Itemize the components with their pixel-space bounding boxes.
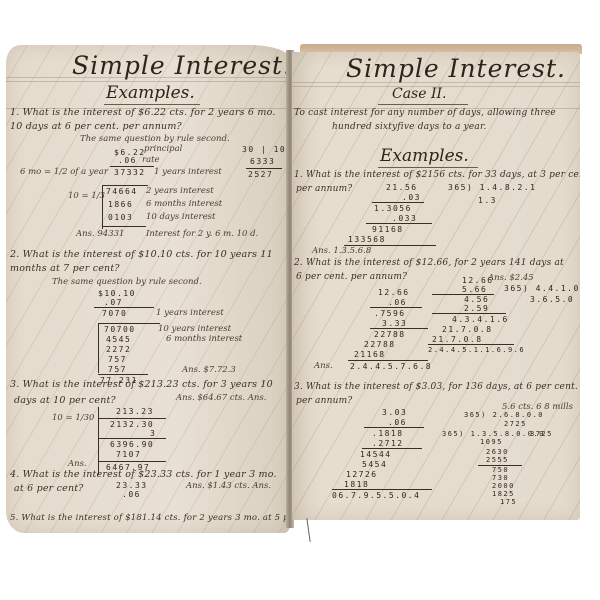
left-page: Simple Interest. Examples. 1. What is th… [6,45,290,533]
q1-answer: Ans. 94331 [76,229,124,239]
open-ledger-book: Simple Interest. Examples. 1. What is th… [0,0,600,600]
question-3-line-2: days at 10 per cent? [14,395,116,406]
question-1-method: The same question by rule second. [80,134,230,144]
case-intro-line-2: hundred sixtyfive days to a year. [332,122,487,132]
left-page-title: Simple Interest. [72,51,290,80]
right-page-title: Simple Interest. [346,54,566,83]
question-4-line-1: 4. What is the interest of $23.33 cts. f… [10,469,277,480]
question-1-line-1: 1. What is the interest of $6.22 cts. fo… [10,107,276,118]
question-4-line-2: at 6 per cent? [14,483,84,494]
q3-answer: Ans. $64.67 cts. Ans. [176,393,266,403]
right-page-subtitle: Case II. [392,86,447,102]
question-5-line-1: 5. What is the interest of $181.14 cts. … [10,513,290,523]
right-question-2-line-2: 6 per cent. per annum? [296,272,407,282]
right-question-3-line-1: 3. What is the interest of $3.03, for 13… [294,382,578,392]
case-intro-line-1: To cast interest for any number of days,… [294,108,556,118]
right-question-3-line-2: per annum? [296,396,352,406]
right-page: Simple Interest. Case II. To cast intere… [292,52,580,520]
question-1-line-2: 10 days at 6 per cent. per annum? [10,121,182,132]
ink-bleed-through [6,45,290,533]
q2-answer: Ans. $7.72.3 [182,365,236,375]
right-question-2-line-1: 2. What is the interest of $12.66, for 2… [294,258,564,268]
right-question-1-line-1: 1. What is the interest of $2156 cts. fo… [294,170,580,180]
question-2-line-2: months at 7 per cent? [10,263,120,274]
question-2-method: The same question by rule second. [52,277,202,287]
right-question-1-line-2: per annum? [296,184,352,194]
question-2-line-1: 2. What is the interest of $10.10 cts. f… [10,249,273,260]
left-page-subtitle: Examples. [106,83,195,103]
question-3-line-1: 3. What is the interest of $213.23 cts. … [10,379,273,390]
q4-answer: Ans. $1.43 cts. Ans. [186,481,271,491]
q1-months-eq: 6 mo = 1/2 of a year [20,167,108,177]
bookmark-thread [306,518,310,542]
examples-heading: Examples. [380,146,469,166]
